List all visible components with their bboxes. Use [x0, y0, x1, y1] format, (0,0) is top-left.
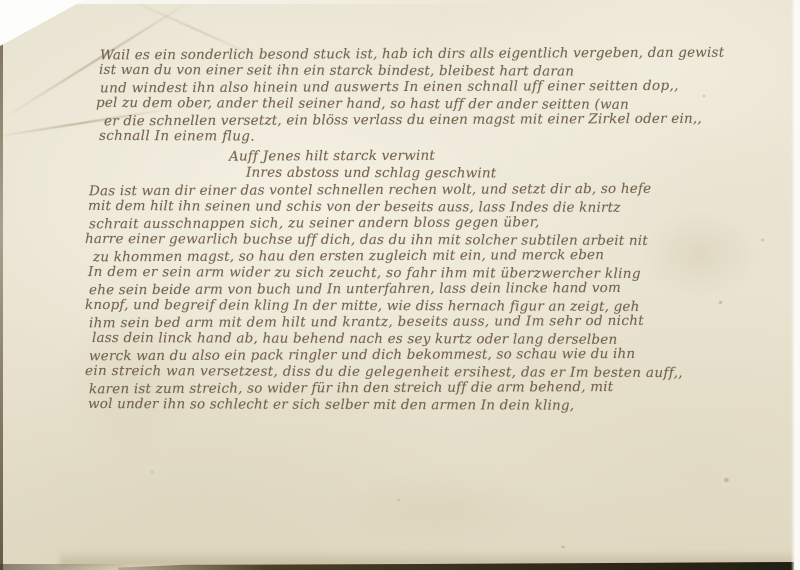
text-line: ehe sein beide arm von buch und In unter… — [89, 280, 684, 299]
text-line: zu khommen magst, so hau den ersten zugl… — [93, 247, 684, 266]
heading-line: Auff Jenes hilt starck verwint — [229, 147, 497, 165]
text-line: schnall In einem flug. — [99, 128, 723, 147]
text-line: Das ist wan dir einer das vontel schnell… — [89, 181, 684, 200]
page-left-edge — [0, 0, 3, 570]
paragraph-2: Das ist wan dir einer das vontel schnell… — [88, 182, 683, 413]
section-heading: Auff Jenes hilt starck verwint Inres abs… — [228, 148, 496, 182]
text-line: ihm sein bed arm mit dem hilt und krantz… — [89, 313, 684, 332]
text-line: karen ist zum streich, so wider für ihn … — [89, 379, 684, 398]
text-line: wol under ihn so schlecht er sich selber… — [88, 395, 683, 414]
paragraph-1: Wail es ein sonderlich besond stuck ist,… — [99, 46, 723, 146]
text-line: Wail es ein sonderlich besond stuck ist,… — [100, 45, 724, 64]
text-line: werck wan du also ein pack ringler und d… — [89, 346, 684, 365]
photo-background-right — [791, 0, 800, 570]
heading-line: Inres abstoss und schlag geschwint — [246, 165, 496, 183]
text-line: und windest ihn also hinein und auswerts… — [100, 78, 724, 97]
photo-background-top — [0, 0, 520, 4]
manuscript-photo: Wail es ein sonderlich besond stuck ist,… — [0, 0, 800, 570]
text-line: schrait ausschnappen sich, zu seiner and… — [89, 214, 684, 233]
page-bottom-left-edge — [0, 564, 130, 570]
